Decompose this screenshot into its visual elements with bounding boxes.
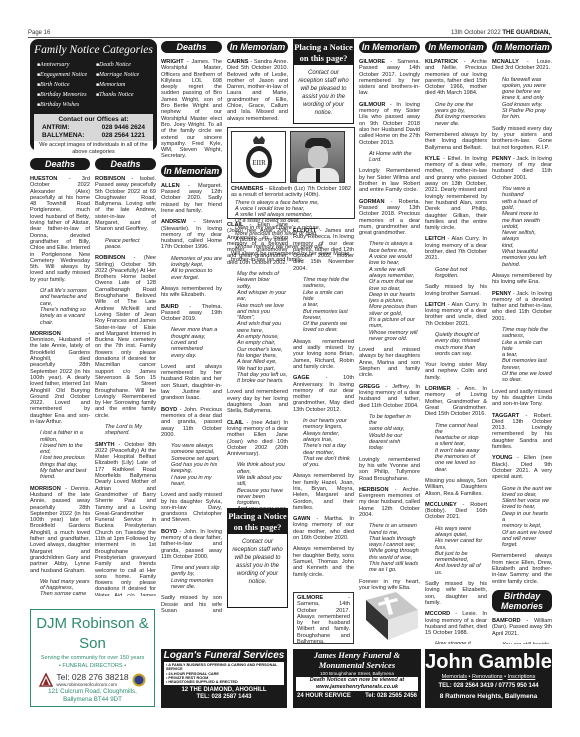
category-item: Birth Notice xyxy=(37,81,94,90)
category-item: Birthday Memories xyxy=(37,91,94,100)
notice-taggart: TAGGART - Robert. Died 13th October 2013… xyxy=(492,413,552,451)
association-badge-icon xyxy=(132,673,146,687)
notice-gilmore: GILMORE - Sarnena. Passed away 14th Octo… xyxy=(359,59,420,97)
placing-notice-box-bottom: Placing a Notice on this page? Contact o… xyxy=(227,508,288,608)
section-header-memoriam: In Memoriam xyxy=(161,165,222,177)
section-header-memoriam: In Memoriam xyxy=(359,41,420,53)
masthead-date: 13th October 2022 THE GUARDIAN, xyxy=(451,30,550,36)
notice-hueston: HUESTON - 3rd October 2022 Alexander (Al… xyxy=(30,176,90,326)
notice-clail: CLAIL - Ellen Jane (Joan) nee Adair 20th… xyxy=(227,222,288,415)
notice-kilpatrick: KILPATRICK - Archie and Nellie. Precious… xyxy=(425,59,487,151)
notice-andrew: ANDREW - Stewart (Stewartie). In loving … xyxy=(161,219,222,298)
section-header-deaths: Deaths xyxy=(161,41,222,53)
djm-address-1: 121 Culcrum Road, Cloughmills, xyxy=(31,688,154,696)
jh-website[interactable]: www.jameshenryfunerals.co.uk xyxy=(296,684,418,691)
gamble-tel: TEL: 028 2564 3419 / 07775 950 144 xyxy=(425,681,552,692)
gamble-address: 8 Rathmore Heights, Ballymena xyxy=(425,692,552,701)
categories-list: Anniversary Death Notice Engagement Noti… xyxy=(34,61,153,110)
category-item: Marriage Notice xyxy=(96,71,153,80)
notice-kyle: KYLE - Ethel. In loving memory of a dear… xyxy=(425,156,487,232)
notice-boyd-2: BOYD - John. In loving memory of a dear … xyxy=(161,529,222,614)
djm-web: www.robinsonsofculcrum.com xyxy=(56,682,128,687)
categories-title: Family Notice Categories xyxy=(34,43,153,57)
logans-tel: TEL: 028 2587 1443 xyxy=(161,694,287,701)
notice-robinson-2: ROBINSON - (Nee Stirling) October 5th 20… xyxy=(95,255,156,436)
category-item: Thanks Notice xyxy=(96,91,153,100)
column-5: ELLIOTT - James and Ruby Rebecca. In lov… xyxy=(293,228,354,593)
notice-boyd: BOYD - John. Precious memories of a dear… xyxy=(161,407,222,524)
section-header-memoriam: In Memoriam xyxy=(425,41,487,53)
notice-clail-2: CLAIL - (nee Adair) In loving memory of … xyxy=(227,420,288,512)
logans-service: • HEADSTONES SUPPLIED & ERECTED xyxy=(166,680,282,684)
police-crest-emblem: EIIR xyxy=(231,131,286,183)
djm-tagline: Serving the community for over 150 years xyxy=(31,654,154,662)
ad-john-gamble: John Gamble Memorials • Renovations • In… xyxy=(425,649,552,708)
notice-morrison-2: MORRISON - Dennis. Husband of the late A… xyxy=(30,486,90,596)
gamble-name: John Gamble xyxy=(425,651,552,673)
ad-logans-funeral: Logan's Funeral Services • A FAMILY BUSI… xyxy=(161,649,287,708)
category-item: Birthday Wishes xyxy=(37,101,94,110)
notice-gorman: GORMAN - Roberta. Passed away 13th Octob… xyxy=(359,199,420,379)
jh-name-2: Monumental Services xyxy=(293,661,421,671)
notice-gilmour: GILMOUR - In loving memory of my Sister … xyxy=(359,102,420,194)
djm-address-2: Ballymena BT44 9DT xyxy=(31,696,154,704)
ad-djm-robinson: DJM Robinson & Son Serving the community… xyxy=(30,609,155,707)
page-number: Page 16 xyxy=(28,30,50,36)
family-notice-categories: Family Notice Categories Anniversary Dea… xyxy=(30,39,157,151)
header-rule xyxy=(28,37,552,38)
djm-role: • FUNERAL DIRECTORS • xyxy=(31,662,154,671)
djm-name: DJM Robinson & Son xyxy=(31,614,154,654)
column-7: In Memoriam KILPATRICK - Archie and Nell… xyxy=(425,39,487,644)
ad-james-henry: James Henry Funeral & Monumental Service… xyxy=(293,649,421,708)
section-header-birthday-memories: Birthday Memories xyxy=(492,590,552,612)
notice-cairns: CAIRNS - Sandra Anne. Died 5th October 2… xyxy=(227,59,288,122)
column-8: In Memoriam MCNALLY - Louie. Died 3rd Oc… xyxy=(492,39,552,644)
notice-elliott: ELLIOTT - James and Ruby Rebecca. In lov… xyxy=(293,228,354,370)
logans-name: Logan's Funeral Services xyxy=(161,649,287,662)
crown-crest-icon: EIIR xyxy=(244,134,274,180)
notice-wright: WRIGHT - James. The Worshipful Master, O… xyxy=(161,59,222,160)
gamble-services: Memorials • Renovations • Inscriptions xyxy=(425,673,552,681)
notice-herbison: HERBISON - Archie. Evergreen memories of… xyxy=(359,487,420,591)
column-3: Deaths WRIGHT - James. The Worshipful Ma… xyxy=(161,39,222,614)
placing-notice-title: Placing a Notice on this page? xyxy=(228,509,287,534)
column-4b: CLAIL - Ellen Jane (Joan) nee Adair 20th… xyxy=(227,222,288,512)
section-header-deaths: Deaths xyxy=(95,158,156,170)
placing-notice-body: Contact our reception staff who will be … xyxy=(294,65,353,121)
notice-leitch-2: LEITCH - Alan Curry. In loving memory of… xyxy=(425,302,487,381)
djm-tel: Tel: 028 276 38218 xyxy=(56,672,128,682)
portrait-photo xyxy=(290,131,345,183)
office-antrim: ANTRIM:028 9446 2624 xyxy=(42,124,145,132)
jh-notice: Death Notices can now be viewed at xyxy=(296,677,418,684)
notice-penny-2: PENNY - Jack. In loving memory of a devo… xyxy=(492,291,552,408)
section-header-deaths: Deaths xyxy=(30,158,90,170)
notice-mccord: MCCORD - Lesie. In loving memory of a de… xyxy=(425,611,487,644)
deaths-column-1: Deaths HUESTON - 3rd October 2022 Alexan… xyxy=(30,156,90,596)
notice-lorimer: LORIMER - Ann. In memory of Loving Mothe… xyxy=(425,386,487,497)
notice-penny: PENNY - Jack. In loving memory of my dea… xyxy=(492,156,552,286)
contact-title: Contact our Offices at: xyxy=(42,116,145,124)
paper-name: THE GUARDIAN, xyxy=(502,30,550,36)
placing-notice-title: Placing a Notice on this page? xyxy=(294,40,353,65)
notice-mccluney: MCCLUNEY - Robert (Bobby). Died 16th Oct… xyxy=(425,502,487,606)
svg-text:EIIR: EIIR xyxy=(252,159,266,167)
notice-gage: GAGE - 10th Anniversary. In loving memor… xyxy=(293,375,354,511)
notice-gilmore-box: GILMORE - Sarnena, 14th October 2017. Al… xyxy=(293,592,354,644)
logans-address: 12 THE DIAMOND, AHOGHILL xyxy=(161,687,287,694)
logans-service: • A FAMILY BUSINESS OFFERING A CARING AN… xyxy=(166,663,282,672)
notice-mcnally: MCNALLY - Louie. Died 3rd October 2021.N… xyxy=(492,59,552,151)
triangle-logo-icon xyxy=(39,673,53,687)
bible-illustration xyxy=(362,590,420,642)
notice-young: YOUNG - Ellen (nee Black). Died 9th Octo… xyxy=(492,455,552,585)
notice-gregg: GREGG - Jeffrey. In loving memory of a d… xyxy=(359,384,420,482)
contact-offices: Contact our Offices at: ANTRIM:028 9446 … xyxy=(34,114,153,141)
notice-bamford: BAMFORD - William (Dan). Passed away 9th… xyxy=(492,618,552,644)
category-item: Anniversary xyxy=(37,61,94,70)
placing-notice-body: Contact our reception staff who will be … xyxy=(228,534,287,590)
notice-robinson: ROBINSON - Isobel. Passed away peacefull… xyxy=(95,176,156,250)
notice-leitch: LEITCH - Alan Curry. In loving memory of… xyxy=(425,236,487,296)
deaths-column-2: Deaths ROBINSON - Isobel. Passed away pe… xyxy=(95,156,156,596)
bible-cross-icon xyxy=(362,590,420,642)
notice-chambers: EIIR CHAMBERS - Elizabeth (Liz) 7th Octo… xyxy=(227,127,355,219)
notice-morrison: MORRISON - Dennison, Husband of the late… xyxy=(30,331,90,481)
jh-service: 24 HOUR SERVICE xyxy=(297,692,351,700)
jh-tel: Tel: 028 2565 2456 xyxy=(365,692,417,700)
jh-address: 100 Broughshane Street, Ballymena xyxy=(293,670,421,677)
placing-notice-box-top: Placing a Notice on this page? Contact o… xyxy=(293,39,354,124)
office-ballymena: BALLYMENA:028 2564 1221 xyxy=(42,132,145,140)
section-header-memoriam: In Memoriam xyxy=(227,41,288,53)
category-item: Engagement Notice xyxy=(37,71,94,80)
notice-baird: BAIRD - Thelma. Passed away 19th October… xyxy=(161,304,222,402)
section-header-memoriam: In Memoriam xyxy=(492,41,552,53)
issue-date: 13th October 2022 xyxy=(451,30,501,36)
column-6: In Memoriam GILMORE - Sarnena. Passed aw… xyxy=(359,39,420,594)
notice-gawn: GAWN - Martha. In loving memory of our d… xyxy=(293,516,354,578)
notice-allen: ALLEN - Margaret. Passed away 12th Octob… xyxy=(161,183,222,214)
category-item: Memoriam xyxy=(96,81,153,90)
notice-smyth: SMYTH - October 8th 2022 (Peacefully) At… xyxy=(95,442,156,596)
category-item: Death Notice xyxy=(96,61,153,70)
